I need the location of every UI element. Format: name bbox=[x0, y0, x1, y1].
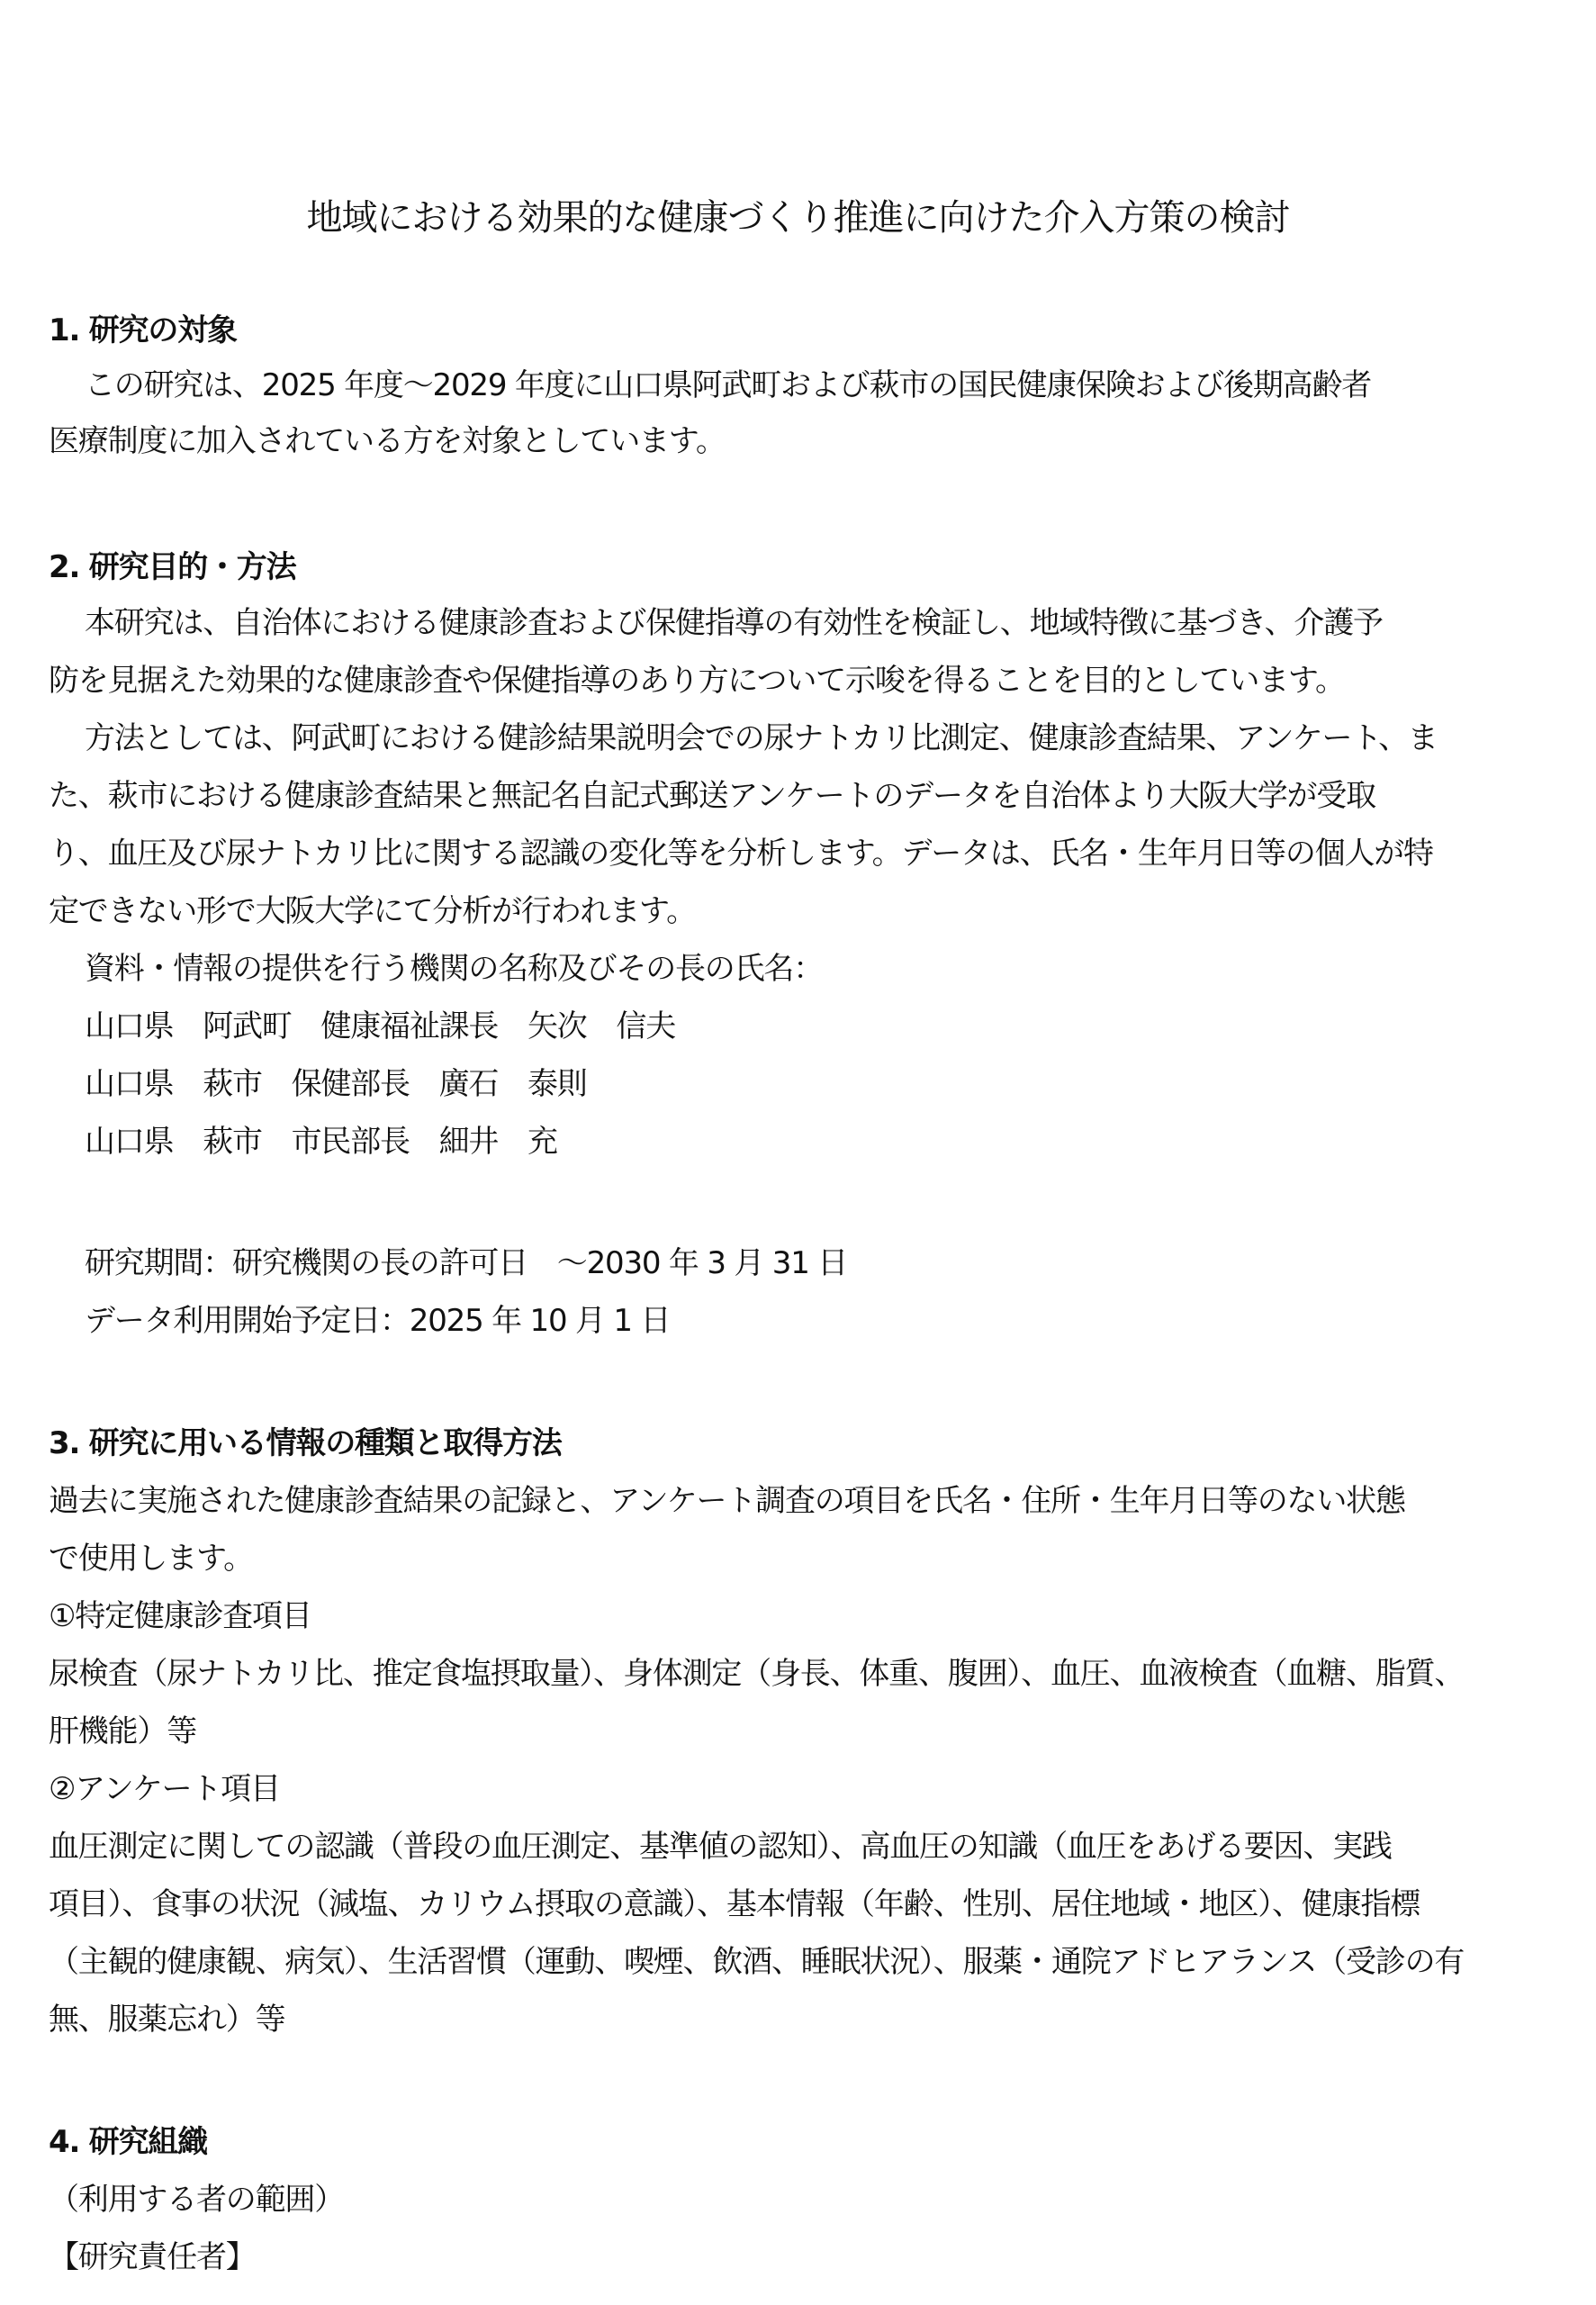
section-3-line: 肝機能）等 bbox=[49, 1709, 196, 1754]
section-3-line: 項目）、食事の状況（減塩、カリウム摂取の意識）、基本情報（年齢、性別、居住地域・… bbox=[49, 1882, 1420, 1927]
section-heading-1: 1. 研究の対象 bbox=[49, 308, 237, 353]
document-page: 地域における効果的な健康づくり推進に向けた介入方策の検討 1. 研究の対象 この… bbox=[0, 0, 1596, 2305]
section-4-line: （利用する者の範囲） bbox=[49, 2177, 344, 2222]
section-heading-2: 2. 研究目的・方法 bbox=[49, 545, 295, 590]
data-provider-entry: 山口県 阿武町 健康福祉課長 矢次 信夫 bbox=[85, 1004, 675, 1049]
subheading-questionnaire-items: ②アンケート項目 bbox=[49, 1767, 280, 1812]
section-3-line: （主観的健康観、病気）、生活習慣（運動、喫煙、飲酒、睡眠状況）、服薬・通院アドヒ… bbox=[49, 1939, 1464, 1984]
research-period: 研究期間：研究機関の長の許可日 ～2030 年 3 月 31 日 bbox=[85, 1241, 847, 1286]
section-3-line: 過去に実施された健康診査結果の記録と、アンケート調査の項目を氏名・住所・生年月日… bbox=[49, 1478, 1405, 1523]
section-2-line: 定できない形で大阪大学にて分析が行われます。 bbox=[49, 889, 696, 934]
section-2-line: り、血圧及び尿ナトカリ比に関する認識の変化等を分析します。データは、氏名・生年月… bbox=[49, 831, 1433, 876]
section-heading-3: 3. 研究に用いる情報の種類と取得方法 bbox=[49, 1421, 562, 1466]
section-3-line: 尿検査（尿ナトカリ比、推定食塩摂取量）、身体測定（身長、体重、腹囲）、血圧、血液… bbox=[49, 1651, 1464, 1696]
section-2-line: 防を見据えた効果的な健康診査や保健指導のあり方について示唆を得ることを目的として… bbox=[49, 658, 1345, 703]
section-3-line: で使用します。 bbox=[49, 1536, 253, 1581]
data-provider-entry: 山口県 萩市 市民部長 細井 充 bbox=[85, 1119, 557, 1164]
section-2-line: た、萩市における健康診査結果と無記名自記式郵送アンケートのデータを自治体より大阪… bbox=[49, 773, 1375, 818]
section-2-line: 方法としては、阿武町における健診結果説明会での尿ナトカリ比測定、健康診査結果、ア… bbox=[85, 716, 1438, 761]
data-provider-label: 資料・情報の提供を行う機関の名称及びその長の氏名： bbox=[85, 946, 823, 991]
section-heading-4: 4. 研究組織 bbox=[49, 2120, 207, 2165]
section-3-line: 無、服薬忘れ）等 bbox=[49, 1997, 284, 2042]
section-3-line: 血圧測定に関しての認識（普段の血圧測定、基準値の認知）、高血圧の知識（血圧をあげ… bbox=[49, 1824, 1392, 1869]
section-4-line: 【研究責任者】 bbox=[49, 2235, 256, 2280]
subheading-health-checkup-items: ①特定健康診査項目 bbox=[49, 1594, 311, 1639]
data-use-start-date: データ利用開始予定日：2025 年 10 月 1 日 bbox=[85, 1298, 670, 1343]
document-title: 地域における効果的な健康づくり推進に向けた介入方策の検討 bbox=[0, 191, 1596, 245]
section-1-line: 医療制度に加入されている方を対象としています。 bbox=[49, 419, 726, 464]
section-2-line: 本研究は、自治体における健康診査および保健指導の有効性を検証し、地域特徴に基づき… bbox=[85, 601, 1383, 646]
section-1-line: この研究は、2025 年度～2029 年度に山口県阿武町および萩市の国民健康保険… bbox=[85, 363, 1371, 408]
data-provider-entry: 山口県 萩市 保健部長 廣石 泰則 bbox=[85, 1062, 587, 1107]
